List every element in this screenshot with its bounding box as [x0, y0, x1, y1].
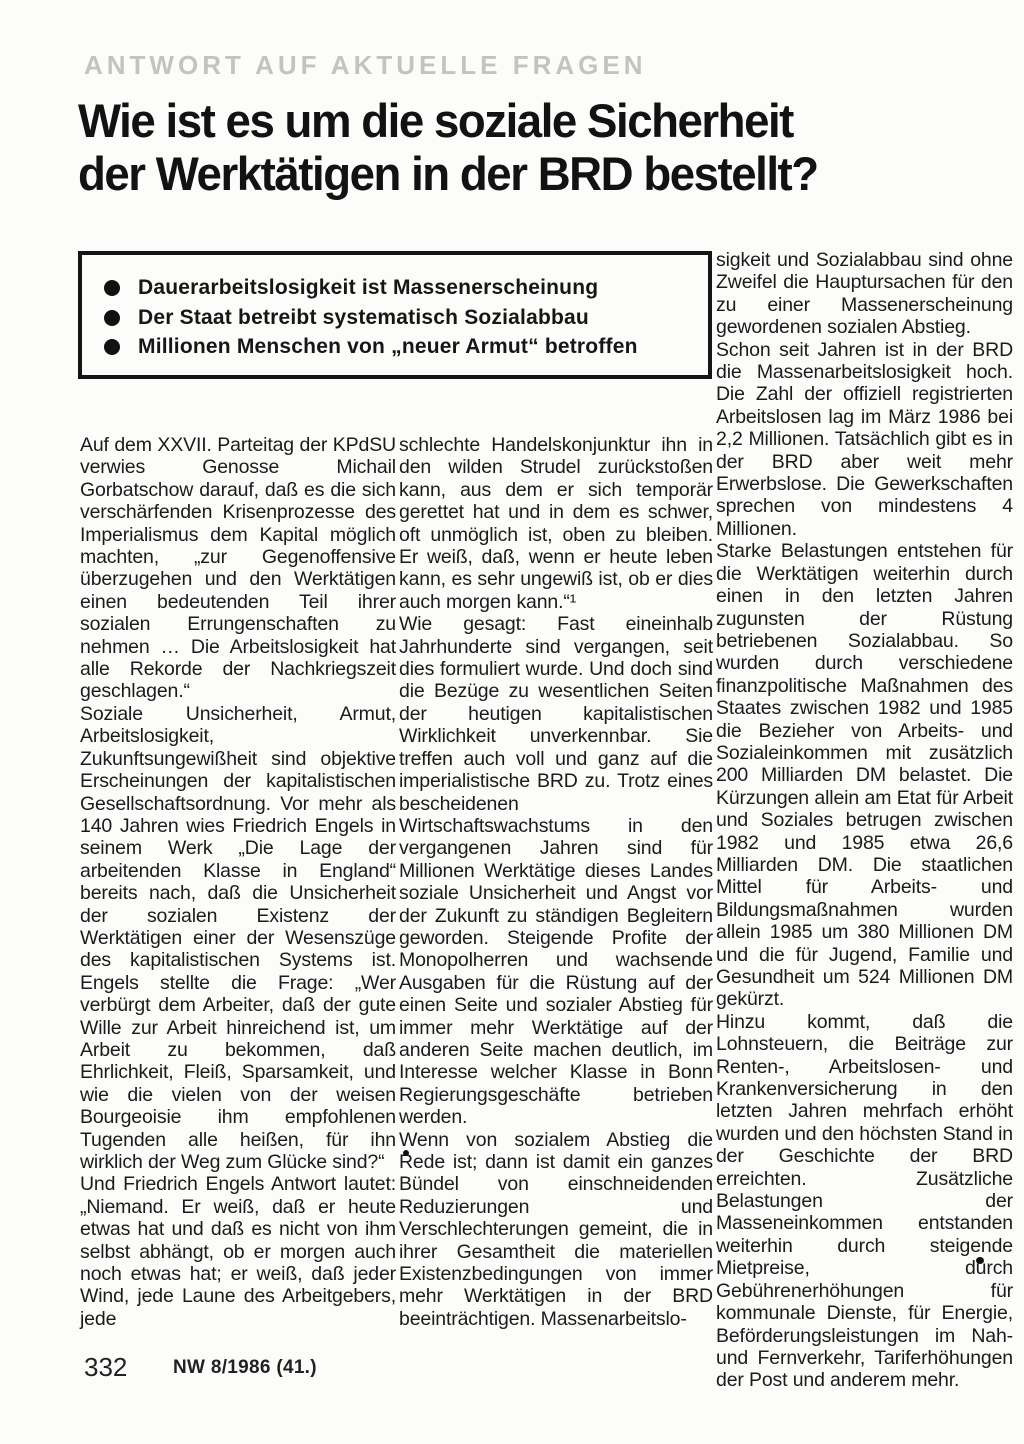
- key-point-item: Der Staat betreibt systematisch Sozialab…: [104, 306, 690, 330]
- paragraph: Starke Belastungen entstehen für die Wer…: [716, 540, 1013, 1011]
- article-column-1: Auf dem XXVII. Parteitag der KPdSU verwi…: [80, 434, 396, 1330]
- article-column-2: schlechte Handelskonjunktur ihn in den w…: [399, 434, 713, 1330]
- key-point-item: Millionen Menschen von „neuer Armut“ bet…: [104, 335, 690, 359]
- paragraph: schlechte Handelskonjunktur ihn in den w…: [399, 434, 713, 613]
- article-title-line-2: der Werktätigen in der BRD bestellt?: [78, 147, 951, 200]
- ink-speck: [976, 1257, 984, 1264]
- bullet-icon: [104, 280, 120, 296]
- key-points-box: Dauerarbeitslosigkeit ist Massenerschein…: [78, 251, 712, 379]
- paragraph: sigkeit und Sozialabbau sind ohne Zweife…: [716, 249, 1013, 339]
- page-footer: 332 NW 8/1986 (41.): [0, 1352, 1024, 1392]
- paragraph: Schon seit Jahren ist in der BRD die Mas…: [716, 339, 1013, 541]
- issue-label: NW 8/1986 (41.): [173, 1357, 317, 1379]
- paragraph: Auf dem XXVII. Parteitag der KPdSU verwi…: [80, 434, 396, 703]
- section-header-stamp: ANTWORT AUF AKTUELLE FRAGEN: [84, 50, 646, 81]
- article-column-3: sigkeit und Sozialabbau sind ohne Zweife…: [716, 249, 1013, 1392]
- paragraph: Und Friedrich Engels Antwort lautet: „Ni…: [80, 1173, 396, 1330]
- key-point-text: Millionen Menschen von „neuer Armut“ bet…: [138, 335, 638, 359]
- paragraph: Soziale Unsicherheit, Armut, Arbeitslosi…: [80, 703, 396, 1174]
- bullet-icon: [104, 310, 120, 326]
- paragraph: Hinzu kommt, daß die Lohnsteuern, die Be…: [716, 1011, 1013, 1392]
- key-point-text: Dauerarbeitslosigkeit ist Massenerschein…: [138, 276, 598, 300]
- ink-speck: [403, 1150, 409, 1156]
- bullet-icon: [104, 339, 120, 355]
- paragraph: Wenn von sozialem Abstieg die Rede ist; …: [399, 1129, 713, 1331]
- page-number: 332: [84, 1352, 127, 1383]
- key-point-text: Der Staat betreibt systematisch Sozialab…: [138, 306, 589, 330]
- key-point-item: Dauerarbeitslosigkeit ist Massenerschein…: [104, 276, 690, 300]
- article-title: Wie ist es um die soziale Sicherheit der…: [78, 94, 978, 200]
- paragraph: Wie gesagt: Fast eineinhalb Jahrhunderte…: [399, 613, 713, 1128]
- article-title-line-1: Wie ist es um die soziale Sicherheit: [78, 94, 951, 147]
- scanned-magazine-page: ANTWORT AUF AKTUELLE FRAGEN Wie ist es u…: [0, 0, 1024, 1444]
